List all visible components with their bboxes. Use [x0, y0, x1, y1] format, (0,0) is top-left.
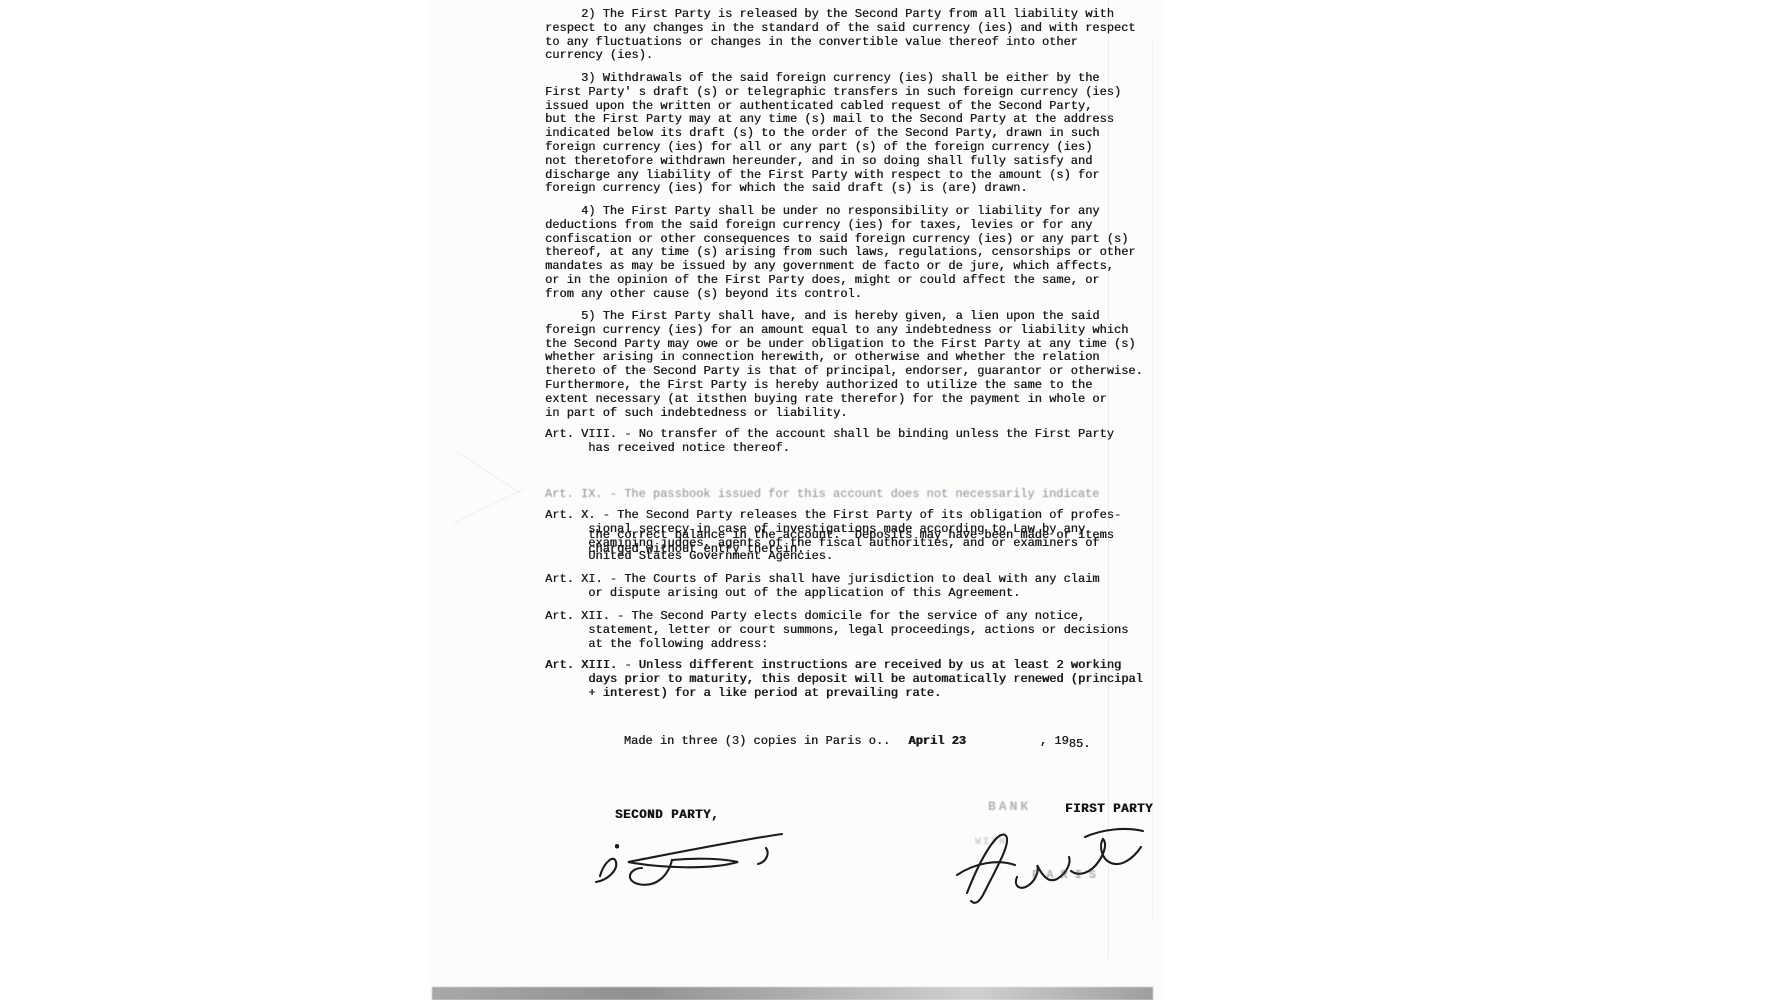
- article-xi-paragraph: Art. XI. - The Courts of Paris shall hav…: [545, 573, 1100, 601]
- clause-5-paragraph: 5) The First Party shall have, and is he…: [545, 310, 1143, 420]
- paper-crease: [1108, 0, 1109, 958]
- first-party-label: FIRST PARTY: [1065, 802, 1153, 816]
- paper-crease: [458, 452, 521, 493]
- paper-crease: [452, 489, 524, 525]
- bank-stamp-text: BANK: [988, 799, 1031, 814]
- execution-line: Made in three (3) copies in Paris o..Apr…: [595, 721, 1090, 762]
- clause-4-paragraph: 4) The First Party shall be under no res…: [545, 205, 1136, 302]
- article-ix-faded-line: Art. IX. - The passbook issued for this …: [545, 488, 1114, 502]
- clause-2-paragraph: 2) The First Party is released by the Se…: [545, 8, 1136, 63]
- clause-3-paragraph: 3) Withdrawals of the said foreign curre…: [545, 72, 1121, 196]
- second-party-signature: [570, 818, 800, 898]
- scanned-page: 2) The First Party is released by the Se…: [430, 0, 1165, 1000]
- article-xii-paragraph: Art. XII. - The Second Party elects domi…: [545, 610, 1128, 651]
- made-year-prefix: , 19: [1040, 734, 1069, 748]
- paper-crease: [1152, 40, 1153, 920]
- made-year: 85.: [1069, 737, 1091, 751]
- first-party-signature: [945, 815, 1155, 910]
- made-prefix: Made in three (3) copies in Paris o..: [624, 734, 890, 748]
- paris-stamp-text: PARIS: [1032, 868, 1103, 882]
- article-x-paragraph: Art. X. - The Second Party releases the …: [545, 509, 1121, 564]
- article-xiii-paragraph: Art. XIII. - Unless different instructio…: [545, 659, 1143, 700]
- article-viii-paragraph: Art. VIII. - No transfer of the account …: [545, 428, 1114, 456]
- scan-edge-artifact: [432, 987, 1153, 1000]
- made-date: April 23: [908, 734, 966, 748]
